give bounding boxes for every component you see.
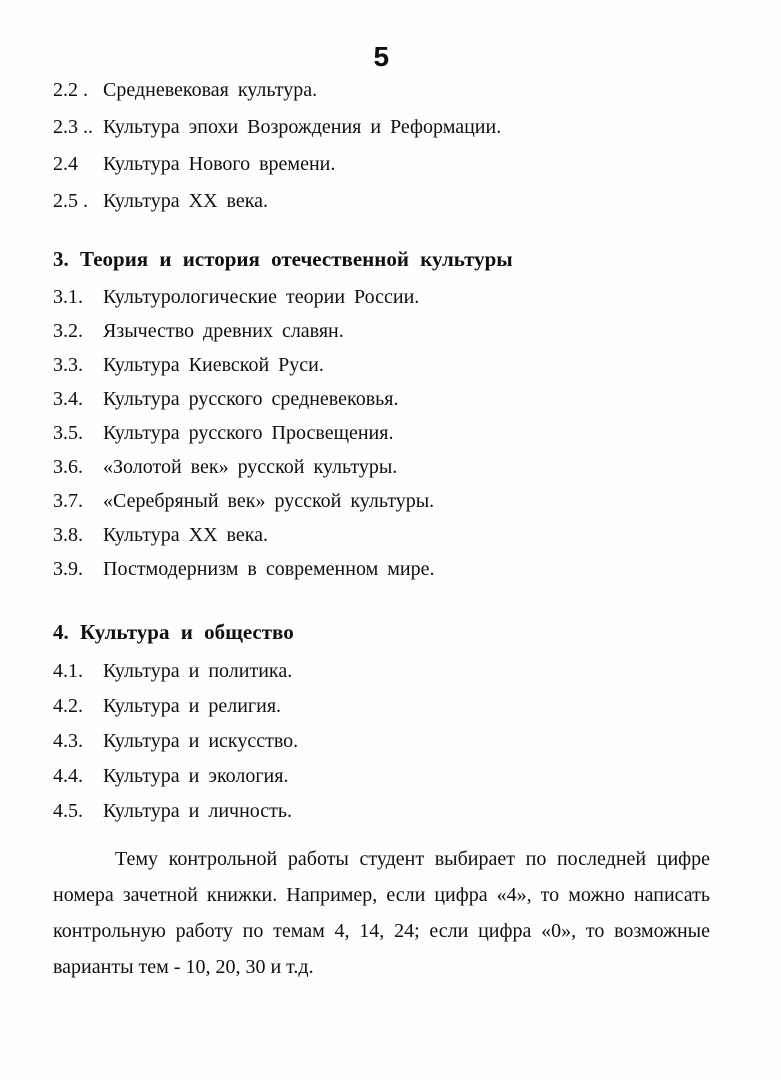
list-item: 3.6.«Золотой век» русской культуры. xyxy=(53,450,710,484)
item-number: 3.9. xyxy=(53,552,103,586)
paragraph-line: контрольную работу по темам 4, 14, 24; е… xyxy=(53,913,710,949)
list-item: 2.2 .Средневековая культура. xyxy=(53,72,710,109)
item-label: Культура и экология. xyxy=(103,765,288,787)
item-number: 4.2. xyxy=(53,689,103,724)
list-item: 3.1.Культурологические теории России. xyxy=(53,280,710,314)
item-label: Средневековая культура. xyxy=(103,79,317,101)
item-number: 4.1. xyxy=(53,654,103,689)
item-label: Культура русского Просвещения. xyxy=(103,422,393,444)
item-number: 2.2 . xyxy=(53,72,103,109)
item-number: 2.3 .. xyxy=(53,109,103,146)
body-paragraph: Тему контрольной работы студент выбирает… xyxy=(53,841,710,985)
list-item: 3.2.Язычество древних славян. xyxy=(53,314,710,348)
list-item: 2.5 .Культура XX века. xyxy=(53,183,710,220)
item-label: Культура XX века. xyxy=(103,524,268,546)
item-number: 3.6. xyxy=(53,450,103,484)
item-label: Язычество древних славян. xyxy=(103,320,344,342)
item-label: Культура Нового времени. xyxy=(103,153,335,175)
item-number: 3.2. xyxy=(53,314,103,348)
list-item: 4.2.Культура и религия. xyxy=(53,689,710,724)
item-label: Культурологические теории России. xyxy=(103,286,419,308)
section-heading-3: 3. Теория и история отечественной культу… xyxy=(53,241,710,277)
paragraph-line: Тему контрольной работы студент выбирает… xyxy=(53,841,710,877)
topic-list-section-4: 4.1.Культура и политика. 4.2.Культура и … xyxy=(53,654,710,829)
item-label: Культура Киевской Руси. xyxy=(103,354,324,376)
item-label: «Серебряный век» русской культуры. xyxy=(103,490,434,512)
list-item: 4.5.Культура и личность. xyxy=(53,794,710,829)
item-label: Культура и религия. xyxy=(103,695,281,717)
item-number: 3.7. xyxy=(53,484,103,518)
list-item: 4.4.Культура и экология. xyxy=(53,759,710,794)
item-label: Культура и личность. xyxy=(103,800,292,822)
item-label: Культура и политика. xyxy=(103,660,292,682)
section-heading-4: 4. Культура и общество xyxy=(53,614,710,650)
list-item: 3.4.Культура русского средневековья. xyxy=(53,382,710,416)
item-number: 2.5 . xyxy=(53,183,103,220)
item-label: Культура XX века. xyxy=(103,190,268,212)
topic-list-section-3: 3.1.Культурологические теории России. 3.… xyxy=(53,280,710,586)
item-label: Культура и искусство. xyxy=(103,730,298,752)
item-label: «Золотой век» русской культуры. xyxy=(103,456,397,478)
list-item: 3.8.Культура XX века. xyxy=(53,518,710,552)
paragraph-line: варианты тем - 10, 20, 30 и т.д. xyxy=(53,949,710,985)
page-number: 5 xyxy=(53,42,710,72)
item-number: 3.5. xyxy=(53,416,103,450)
list-item: 2.3 ..Культура эпохи Возрождения и Рефор… xyxy=(53,109,710,146)
list-item: 2.4Культура Нового времени. xyxy=(53,146,710,183)
list-item: 3.7.«Серебряный век» русской культуры. xyxy=(53,484,710,518)
item-number: 3.4. xyxy=(53,382,103,416)
document-page: 5 2.2 .Средневековая культура. 2.3 ..Кул… xyxy=(0,0,781,1080)
item-number: 4.4. xyxy=(53,759,103,794)
item-number: 4.3. xyxy=(53,724,103,759)
list-item: 3.9.Постмодернизм в современном мире. xyxy=(53,552,710,586)
list-item: 3.5.Культура русского Просвещения. xyxy=(53,416,710,450)
list-item: 4.1.Культура и политика. xyxy=(53,654,710,689)
item-number: 3.1. xyxy=(53,280,103,314)
item-number: 2.4 xyxy=(53,146,103,183)
item-label: Культура русского средневековья. xyxy=(103,388,398,410)
list-item: 4.3.Культура и искусство. xyxy=(53,724,710,759)
list-item: 3.3.Культура Киевской Руси. xyxy=(53,348,710,382)
paragraph-line: номера зачетной книжки. Например, если ц… xyxy=(53,877,710,913)
item-number: 4.5. xyxy=(53,794,103,829)
topic-list-section-2: 2.2 .Средневековая культура. 2.3 ..Культ… xyxy=(53,72,710,220)
item-label: Культура эпохи Возрождения и Реформации. xyxy=(103,116,501,138)
item-number: 3.8. xyxy=(53,518,103,552)
item-label: Постмодернизм в современном мире. xyxy=(103,558,434,580)
item-number: 3.3. xyxy=(53,348,103,382)
